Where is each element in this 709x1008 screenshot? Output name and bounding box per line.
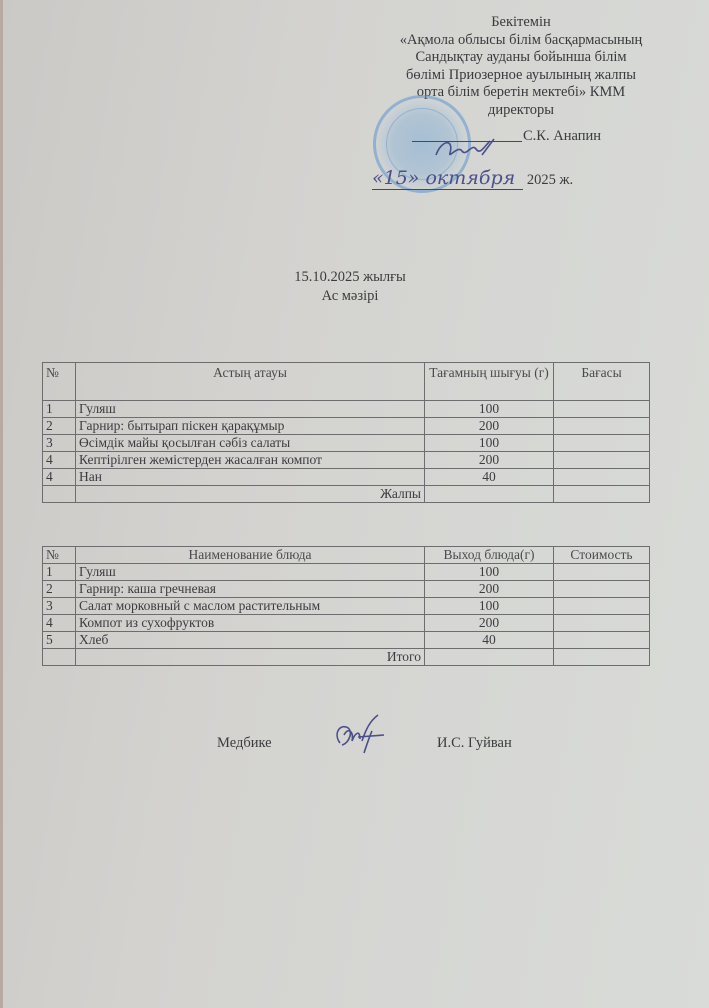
- paper-edge: [0, 0, 3, 1008]
- table-row: 1 Гуляш 100: [43, 564, 650, 581]
- date-year: 2025 ж.: [527, 172, 573, 188]
- dish-name: Гуляш: [76, 401, 425, 418]
- dish-price: [554, 598, 650, 615]
- approval-org-line: бөлімі Приозерное ауылының жалпы: [350, 67, 692, 85]
- dish-name: Хлеб: [76, 632, 425, 649]
- dish-output: 100: [425, 598, 554, 615]
- total-output: [425, 649, 554, 666]
- dish-price: [554, 418, 650, 435]
- row-number: 4: [43, 615, 76, 632]
- row-number: 5: [43, 632, 76, 649]
- approval-heading: Бекітемін: [350, 14, 692, 32]
- handwritten-date: «15» октября: [372, 167, 523, 190]
- column-header-output: Выход блюда(г): [425, 547, 554, 564]
- table-row: 4 Нан 40: [43, 469, 650, 486]
- row-number: 3: [43, 435, 76, 452]
- dish-name: Гарнир: каша гречневая: [76, 581, 425, 598]
- table-row: 1 Гуляш 100: [43, 401, 650, 418]
- dish-price: [554, 452, 650, 469]
- table-total-row: Жалпы: [43, 486, 650, 503]
- table-row: 4 Кептірілген жемістерден жасалған компо…: [43, 452, 650, 469]
- dish-output: 200: [425, 615, 554, 632]
- row-number: 3: [43, 598, 76, 615]
- dish-price: [554, 581, 650, 598]
- dish-name: Нан: [76, 469, 425, 486]
- dish-name: Гуляш: [76, 564, 425, 581]
- column-header-price: Бағасы: [554, 363, 650, 401]
- dish-price: [554, 435, 650, 452]
- column-header-dish: Астың атауы: [76, 363, 425, 401]
- dish-output: 200: [425, 418, 554, 435]
- total-label: Итого: [76, 649, 425, 666]
- total-price: [554, 649, 650, 666]
- nurse-role: Медбике: [217, 735, 272, 752]
- approval-signature-line: С.К. Анапин: [412, 128, 601, 145]
- nurse-signature-icon: [330, 713, 385, 761]
- nurse-name: И.С. Гуйван: [437, 735, 512, 752]
- dish-output: 100: [425, 564, 554, 581]
- dish-price: [554, 564, 650, 581]
- dish-price: [554, 469, 650, 486]
- row-number: 2: [43, 581, 76, 598]
- table-header-row: № Астың атауы Тағамның шығуы (г) Бағасы: [43, 363, 650, 401]
- title-date: 15.10.2025 жылғы: [250, 268, 450, 287]
- total-label: Жалпы: [76, 486, 425, 503]
- title-menu: Ас мәзірі: [250, 287, 450, 306]
- row-number: 4: [43, 469, 76, 486]
- table-row: 3 Өсімдік майы қосылған сәбіз салаты 100: [43, 435, 650, 452]
- table-row: 2 Гарнир: бытырап піскен қарақұмыр 200: [43, 418, 650, 435]
- menu-table-kazakh: № Астың атауы Тағамның шығуы (г) Бағасы …: [42, 362, 650, 503]
- signatory-name: С.К. Анапин: [523, 128, 601, 144]
- dish-output: 100: [425, 435, 554, 452]
- row-number: 1: [43, 564, 76, 581]
- approval-org-line: «Ақмола облысы білім басқармасының: [350, 32, 692, 50]
- table-row: 3 Салат морковный с маслом растительным …: [43, 598, 650, 615]
- dish-output: 100: [425, 401, 554, 418]
- table-row: 4 Компот из сухофруктов 200: [43, 615, 650, 632]
- table-total-row: Итого: [43, 649, 650, 666]
- dish-name: Кептірілген жемістерден жасалған компот: [76, 452, 425, 469]
- column-header-price: Стоимость: [554, 547, 650, 564]
- row-number: 4: [43, 452, 76, 469]
- total-price: [554, 486, 650, 503]
- total-empty-cell: [43, 649, 76, 666]
- dish-output: 200: [425, 581, 554, 598]
- signature-blank: [412, 141, 522, 142]
- column-header-number: №: [43, 547, 76, 564]
- total-empty-cell: [43, 486, 76, 503]
- column-header-dish: Наименование блюда: [76, 547, 425, 564]
- dish-name: Гарнир: бытырап піскен қарақұмыр: [76, 418, 425, 435]
- dish-output: 40: [425, 632, 554, 649]
- table-row: 2 Гарнир: каша гречневая 200: [43, 581, 650, 598]
- column-header-output: Тағамның шығуы (г): [425, 363, 554, 401]
- dish-name: Компот из сухофруктов: [76, 615, 425, 632]
- dish-output: 200: [425, 452, 554, 469]
- menu-table-russian: № Наименование блюда Выход блюда(г) Стои…: [42, 546, 650, 666]
- row-number: 2: [43, 418, 76, 435]
- total-output: [425, 486, 554, 503]
- column-header-number: №: [43, 363, 76, 401]
- approval-org-line: Сандықтау ауданы бойынша білім: [350, 49, 692, 67]
- dish-price: [554, 632, 650, 649]
- table-row: 5 Хлеб 40: [43, 632, 650, 649]
- dish-price: [554, 401, 650, 418]
- dish-price: [554, 615, 650, 632]
- approval-date: «15» октября 2025 ж.: [372, 167, 573, 190]
- table-header-row: № Наименование блюда Выход блюда(г) Стои…: [43, 547, 650, 564]
- dish-name: Салат морковный с маслом растительным: [76, 598, 425, 615]
- document-title: 15.10.2025 жылғы Ас мәзірі: [250, 268, 450, 306]
- row-number: 1: [43, 401, 76, 418]
- dish-output: 40: [425, 469, 554, 486]
- dish-name: Өсімдік майы қосылған сәбіз салаты: [76, 435, 425, 452]
